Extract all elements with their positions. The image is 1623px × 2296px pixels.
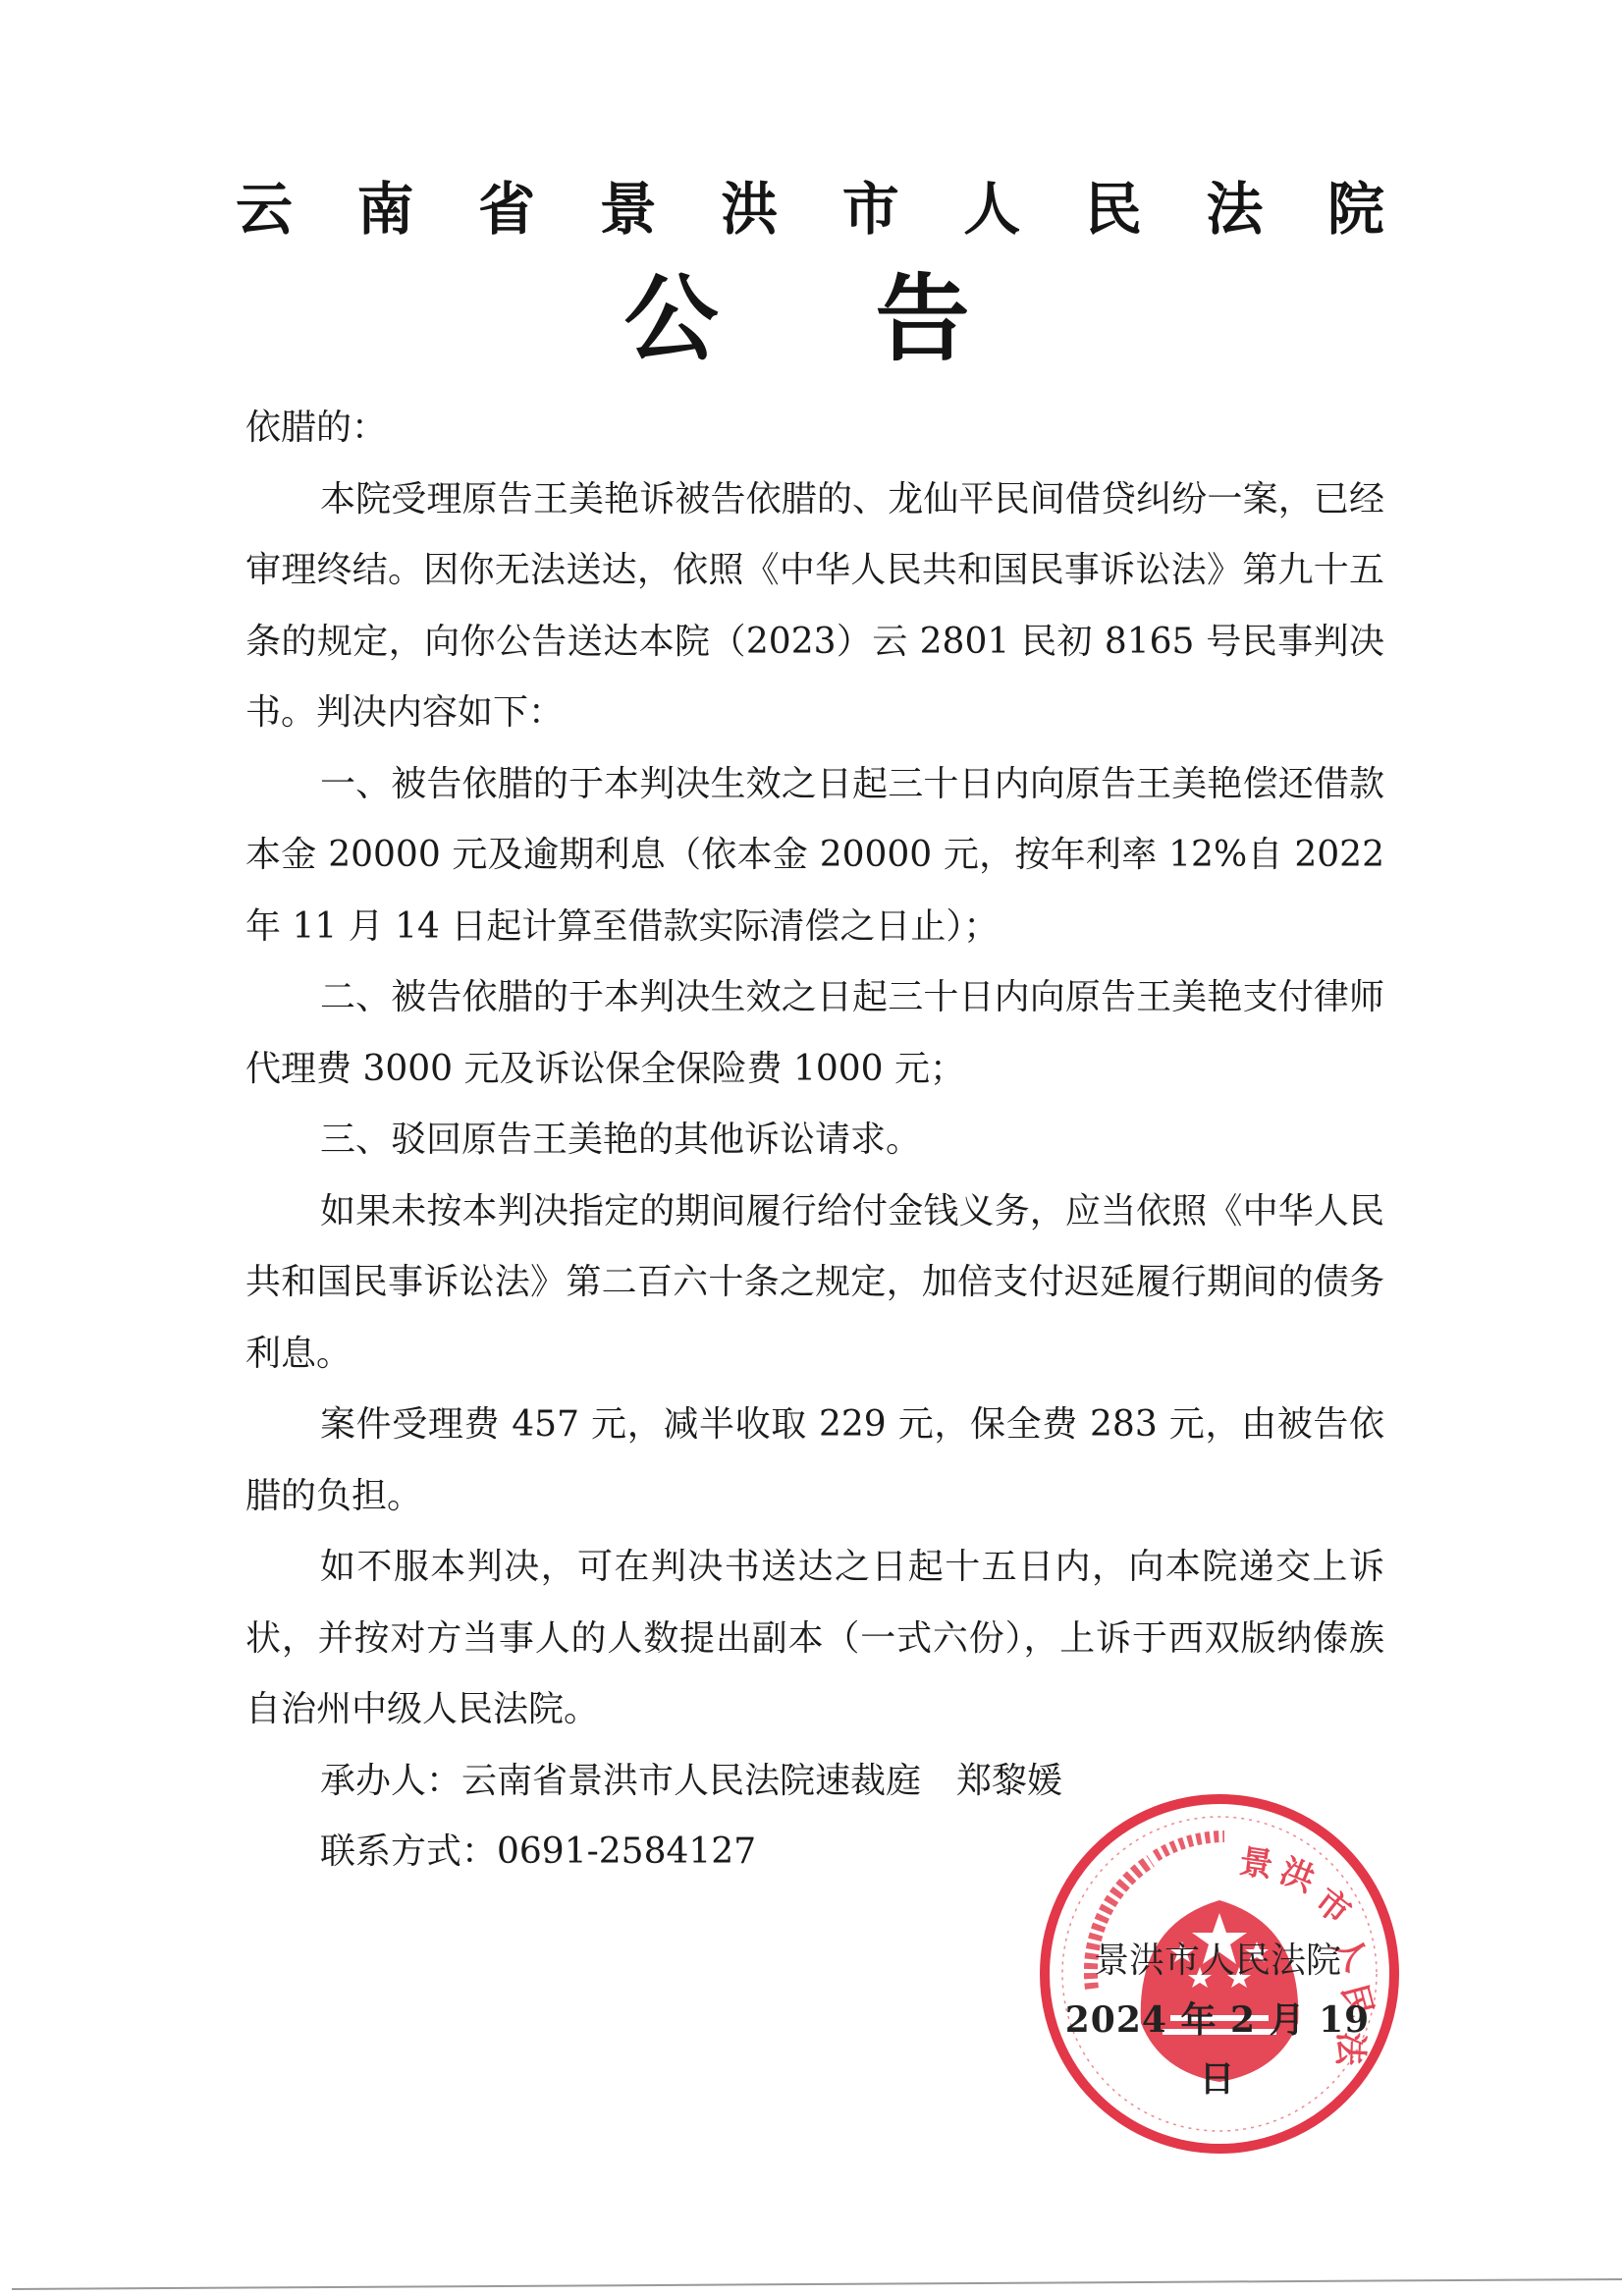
paragraph-appeal: 如不服本判决，可在判决书送达之日起十五日内，向本院递交上诉状，并按对方当事人的人… xyxy=(245,1532,1384,1746)
svg-text:景: 景 xyxy=(1237,1842,1275,1886)
notice-body: 依腊的： 本院受理原告王美艳诉被告依腊的、龙仙平民间借贷纠纷一案，已经审理终结。… xyxy=(245,393,1384,1888)
document-title: 公告 xyxy=(0,265,1623,373)
issuer-signature: 景洪市人民法院 2024 年 2 月 19 日 xyxy=(1060,1932,1375,2108)
svg-text:市: 市 xyxy=(1308,1881,1358,1932)
court-name-char: 景 xyxy=(600,175,657,244)
paragraph-judgment-item-1: 一、被告依腊的于本判决生效之日起三十日内向原告王美艳偿还借款本金 20000 元… xyxy=(245,749,1384,963)
court-name-char: 人 xyxy=(963,175,1020,244)
addressee: 依腊的： xyxy=(245,393,1384,465)
court-name-char: 南 xyxy=(357,175,414,244)
paragraph-fees: 案件受理费 457 元，减半收取 229 元，保全费 283 元，由被告依腊的负… xyxy=(245,1390,1384,1532)
court-name-char: 院 xyxy=(1327,175,1384,244)
court-name-char: 市 xyxy=(842,175,899,244)
issuer-name: 景洪市人民法院 xyxy=(1060,1932,1375,1991)
paragraph-judgment-item-2: 二、被告依腊的于本判决生效之日起三十日内向原告王美艳支付律师代理费 3000 元… xyxy=(245,962,1384,1105)
paragraph-case-intro: 本院受理原告王美艳诉被告依腊的、龙仙平民间借贷纠纷一案，已经审理终结。因你无法送… xyxy=(245,465,1384,749)
court-name-heading: 云 南 省 景 洪 市 人 民 法 院 xyxy=(236,175,1384,244)
court-name-char: 民 xyxy=(1085,175,1142,244)
court-name-char: 法 xyxy=(1206,175,1263,244)
court-name-char: 云 xyxy=(236,175,293,244)
paragraph-late-performance: 如果未按本判决指定的期间履行给付金钱义务，应当依照《中华人民共和国民事诉讼法》第… xyxy=(245,1176,1384,1391)
scan-edge-line xyxy=(12,2278,1622,2290)
notice-page: 云 南 省 景 洪 市 人 民 法 院 公告 依腊的： 本院受理原告王美艳诉被告… xyxy=(0,0,1623,2296)
court-name-char: 省 xyxy=(478,175,535,244)
court-name-char: 洪 xyxy=(721,175,778,244)
svg-text:洪: 洪 xyxy=(1274,1851,1321,1900)
issue-date: 2024 年 2 月 19 日 xyxy=(1060,1991,1375,2108)
paragraph-judgment-item-3: 三、驳回原告王美艳的其他诉讼请求。 xyxy=(245,1105,1384,1176)
